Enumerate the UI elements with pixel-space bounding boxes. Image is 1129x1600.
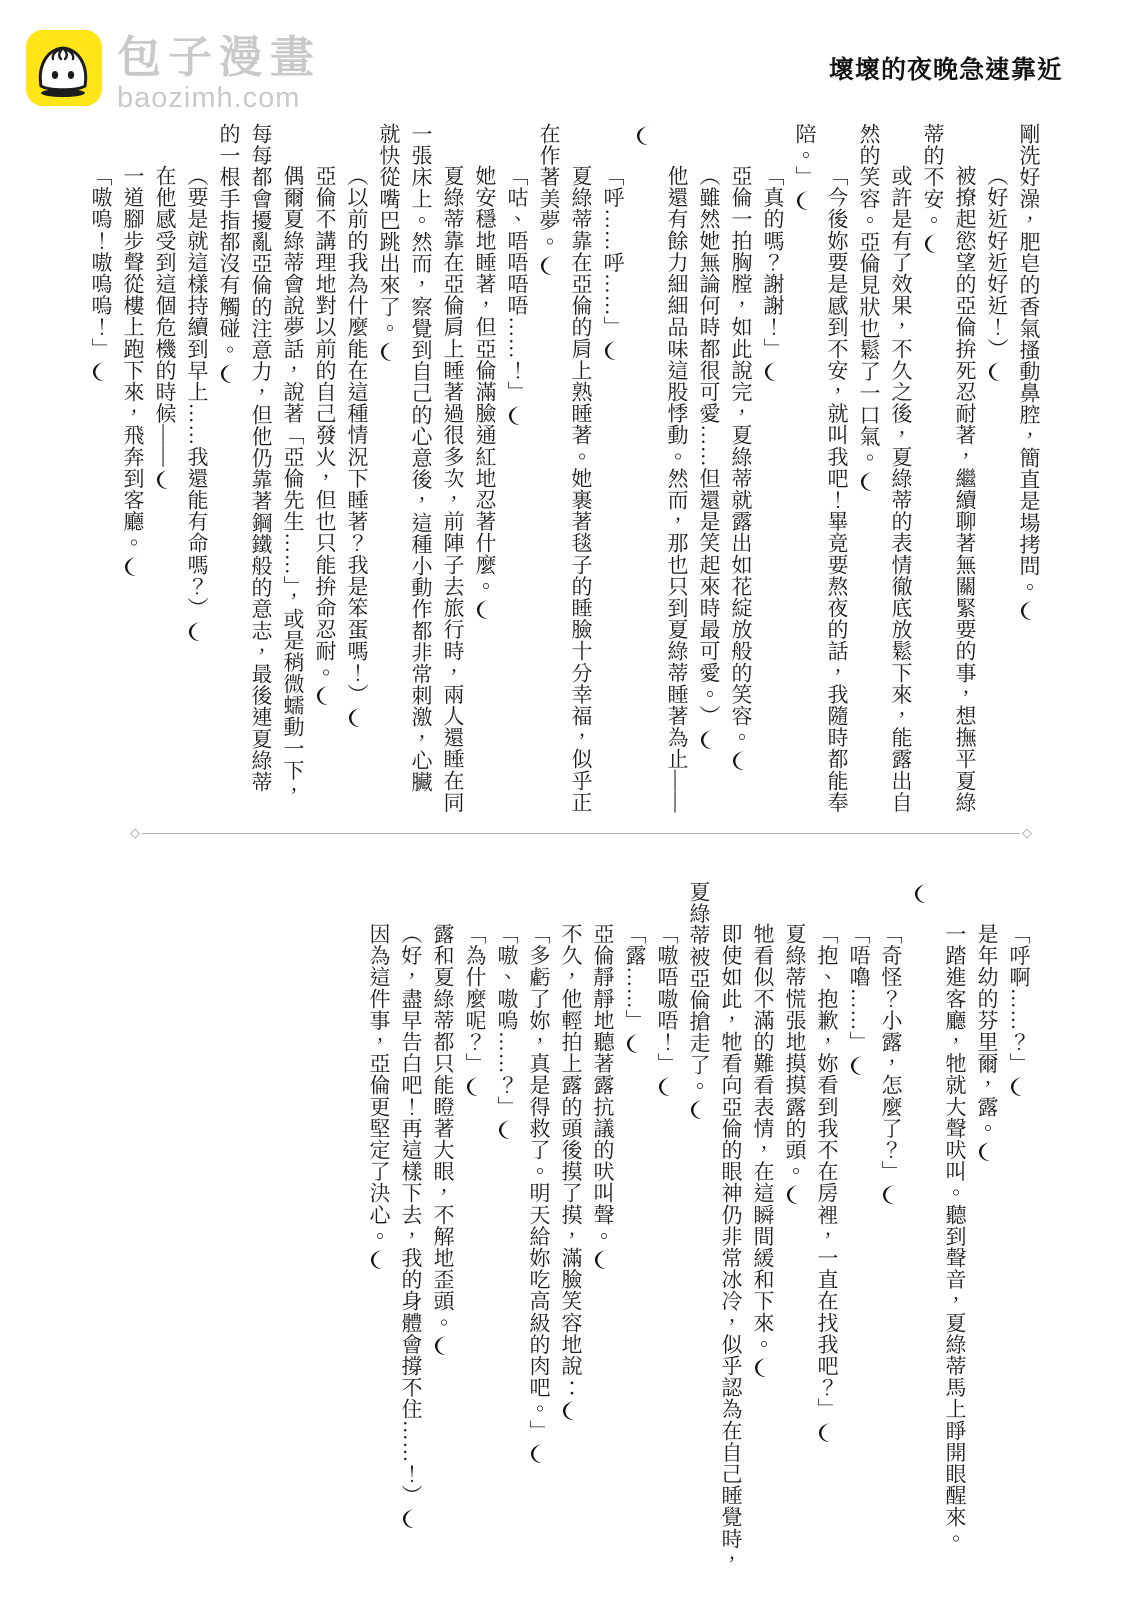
crescent-moon-icon xyxy=(751,1355,771,1377)
crescent-moon-icon xyxy=(697,727,717,749)
crescent-moon-icon xyxy=(815,1420,835,1442)
divider-diamond-left-icon: ◇ xyxy=(130,827,140,840)
novel-paragraph: 不久，他輕拍上露的頭後摸了摸，滿臉笑容地說： xyxy=(555,881,587,1571)
paragraph-text: 他還有餘力細細品味這股悸動。然而，那也只到夏綠蒂睡著為止—— xyxy=(665,165,689,813)
paragraph-text: （要是就這樣持續到早上……我還能有命嗎？） xyxy=(185,165,209,619)
paragraph-text: （雖然她無論何時都很可愛……但還是笑起來時最可愛。） xyxy=(697,165,721,727)
paragraph-text: 牠看似不滿的難看表情，在這瞬間緩和下來。 xyxy=(751,923,775,1355)
crescent-moon-icon xyxy=(537,253,557,275)
novel-paragraph: 露和夏綠蒂都只能瞪著大眼，不解地歪頭。 xyxy=(427,881,459,1571)
crescent-moon-icon xyxy=(217,361,237,383)
crescent-moon-icon xyxy=(985,359,1005,381)
paragraph-text: 在他感受到這個危機的時候—— xyxy=(153,165,177,467)
novel-paragraph: （以前的我為什麼能在這種情況下睡著？我是笨蛋嗎！） xyxy=(341,123,373,813)
crescent-moon-icon xyxy=(1007,1074,1027,1096)
novel-paragraph: 「嗷嗚！嗷嗚嗚！」 xyxy=(85,123,117,813)
paragraph-text: 被撩起慾望的亞倫拚死忍耐著，繼續聊著無關緊要的事，想撫平夏綠蒂的不安。 xyxy=(921,123,977,813)
crescent-moon-icon xyxy=(367,1247,387,1269)
novel-paragraph: 「呼……呼……」 xyxy=(597,123,629,813)
paragraph-text: 「今後妳要是感到不安，就叫我吧！畢竟要熬夜的話，我隨時都能奉陪。」 xyxy=(793,123,849,813)
novel-paragraph: 「抱、抱歉，妳看到我不在房裡，一直在找我吧？」 xyxy=(811,881,843,1571)
paragraph-text: 「嗷嗚！嗷嗚嗚！」 xyxy=(89,165,113,359)
divider-line xyxy=(142,833,1020,834)
novel-paragraph: 偶爾夏綠蒂會說夢話，說著「亞倫先生……」，或是稍微蠕動一下，每每都會擾亂亞倫的注… xyxy=(213,123,309,813)
baozi-mascot-icon xyxy=(25,28,103,108)
novel-paragraph: 亞倫不講理地對以前的自己發火，但也只能拚命忍耐。 xyxy=(309,123,341,813)
crescent-moon-icon xyxy=(185,619,205,641)
paragraph-text: 「唔嚕……」 xyxy=(847,923,871,1053)
novel-text-top: 剛洗好澡，肥皂的香氣搔動鼻腔，簡直是場拷問。 （好近好近好近！） 被撩起慾望的亞… xyxy=(85,123,1045,813)
novel-paragraph: 「嗷、嗷嗚……？」 xyxy=(491,881,523,1571)
novel-paragraph: 「露……」 xyxy=(619,881,651,1571)
novel-paragraph: （雖然她無論何時都很可愛……但還是笑起來時最可愛。） xyxy=(693,123,725,813)
crescent-moon-icon xyxy=(559,1398,579,1420)
novel-paragraph: 被撩起慾望的亞倫拚死忍耐著，繼續聊著無關緊要的事，想撫平夏綠蒂的不安。 xyxy=(917,123,981,813)
crescent-moon-icon xyxy=(527,1441,547,1463)
novel-paragraph: （要是就這樣持續到早上……我還能有命嗎？） xyxy=(181,123,213,813)
novel-paragraph: 「真的嗎？謝謝！」 xyxy=(757,123,789,813)
novel-paragraph: 牠看似不滿的難看表情，在這瞬間緩和下來。 xyxy=(747,881,779,1571)
crescent-moon-icon xyxy=(655,1074,675,1096)
crescent-moon-icon xyxy=(633,123,653,145)
paragraph-text: 偶爾夏綠蒂會說夢話，說著「亞倫先生……」，或是稍微蠕動一下，每每都會擾亂亞倫的注… xyxy=(217,123,305,803)
crescent-moon-icon xyxy=(121,554,141,576)
paragraph-text: 夏綠蒂靠在亞倫肩上睡著過很多次，前陣子去旅行時，兩人還睡在同一張床上。然而，察覺… xyxy=(377,123,465,813)
paragraph-text: 夏綠蒂慌張地摸摸露的頭。 xyxy=(783,923,807,1182)
paragraph-text: 亞倫不講理地對以前的自己發火，但也只能拚命忍耐。 xyxy=(313,165,337,683)
logo-title: 包子漫畫 xyxy=(117,36,321,80)
novel-paragraph: 「多虧了妳，真是得救了。明天給妳吃高級的肉吧。」 xyxy=(523,881,555,1571)
paragraph-text: 即使如此，牠看向亞倫的眼神仍非常冰冷，似乎認為在自己睡覺時，夏綠蒂被亞倫搶走了。 xyxy=(687,881,743,1571)
paragraph-text: （以前的我為什麼能在這種情況下睡著？我是笨蛋嗎！） xyxy=(345,165,369,705)
novel-paragraph: 亞倫靜靜地聽著露抗議的吠叫聲。 xyxy=(587,881,619,1571)
crescent-moon-icon xyxy=(377,339,397,361)
novel-paragraph: 她安穩地睡著，但亞倫滿臉通紅地忍著什麼。 xyxy=(469,123,501,813)
paragraph-text: 「嗷、嗷嗚……？」 xyxy=(495,923,519,1117)
paragraph-text: 「奇怪？小露，怎麼了？」 xyxy=(879,923,903,1182)
crescent-moon-icon xyxy=(345,705,365,727)
paragraph-text: 是年幼的芬里爾，露。 xyxy=(975,923,999,1139)
paragraph-text: 她安穩地睡著，但亞倫滿臉通紅地忍著什麼。 xyxy=(473,165,497,597)
paragraph-text: （好近好近好近！） xyxy=(985,165,1009,359)
novel-paragraph: 「嗷唔嗷唔！」 xyxy=(651,881,683,1571)
novel-paragraph: 亞倫一拍胸膛，如此說完，夏綠蒂就露出如花綻放般的笑容。 xyxy=(725,123,757,813)
paragraph-text: 「為什麼呢？」 xyxy=(463,923,487,1074)
novel-paragraph: 夏綠蒂慌張地摸摸露的頭。 xyxy=(779,881,811,1571)
novel-paragraph: 「唔嚕……」 xyxy=(843,881,875,1571)
divider-diamond-right-icon: ◇ xyxy=(1022,827,1032,840)
crescent-moon-icon xyxy=(153,467,173,489)
crescent-moon-icon xyxy=(687,1097,707,1119)
logo-domain: baozimh.com xyxy=(117,84,321,113)
novel-paragraph: 是年幼的芬里爾，露。 xyxy=(971,881,1003,1571)
novel-paragraph: 他還有餘力細細品味這股悸動。然而，那也只到夏綠蒂睡著為止—— xyxy=(629,123,693,813)
novel-paragraph: 因為這件事，亞倫更堅定了決心。 xyxy=(363,881,395,1571)
paragraph-text: 「露……」 xyxy=(623,923,647,1031)
paragraph-text: 「嗷唔嗷唔！」 xyxy=(655,923,679,1074)
crescent-moon-icon xyxy=(89,359,109,381)
paragraph-text: 「多虧了妳，真是得救了。明天給妳吃高級的肉吧。」 xyxy=(527,923,551,1441)
logo-words: 包子漫畫 baozimh.com xyxy=(117,28,321,113)
crescent-moon-icon xyxy=(1017,598,1037,620)
crescent-moon-icon xyxy=(761,359,781,381)
crescent-moon-icon xyxy=(505,403,525,425)
paragraph-text: 因為這件事，亞倫更堅定了決心。 xyxy=(367,923,391,1247)
novel-paragraph: 「奇怪？小露，怎麼了？」 xyxy=(875,881,907,1571)
paragraph-text: 亞倫靜靜地聽著露抗議的吠叫聲。 xyxy=(591,923,615,1247)
chapter-title: 壞壞的夜晚急速靠近 xyxy=(829,50,1063,86)
crescent-moon-icon xyxy=(623,1031,643,1053)
crescent-moon-icon xyxy=(847,1053,867,1075)
paragraph-text: 夏綠蒂靠在亞倫的肩上熟睡著。她裹著毯子的睡臉十分幸福，似乎正在作著美夢。 xyxy=(537,123,593,813)
paragraph-text: 「呼啊……？」 xyxy=(1007,923,1031,1074)
novel-paragraph: （好近好近好近！） xyxy=(981,123,1013,813)
crescent-moon-icon xyxy=(473,597,493,619)
novel-paragraph: 「為什麼呢？」 xyxy=(459,881,491,1571)
paragraph-text: 「呼……呼……」 xyxy=(601,165,625,338)
crescent-moon-icon xyxy=(591,1247,611,1269)
novel-paragraph: 「今後妳要是感到不安，就叫我吧！畢竟要熬夜的話，我隨時都能奉陪。」 xyxy=(789,123,853,813)
novel-paragraph: 「咕、唔唔唔唔……！」 xyxy=(501,123,533,813)
section-divider: ◇ ◇ xyxy=(130,826,1032,840)
novel-paragraph: 一踏進客廳，牠就大聲吠叫。聽到聲音，夏綠蒂馬上睜開眼醒來。 xyxy=(907,881,971,1571)
novel-paragraph: 剛洗好澡，肥皂的香氣搔動鼻腔，簡直是場拷問。 xyxy=(1013,123,1045,813)
crescent-moon-icon xyxy=(857,469,877,491)
site-logo[interactable]: 包子漫畫 baozimh.com xyxy=(25,28,321,113)
crescent-moon-icon xyxy=(601,338,621,360)
paragraph-text: 「抱、抱歉，妳看到我不在房裡，一直在找我吧？」 xyxy=(815,923,839,1420)
paragraph-text: 「咕、唔唔唔唔……！」 xyxy=(505,165,529,403)
paragraph-text: （好，盡早告白吧！再這樣下去，我的身體會撐不住……！） xyxy=(399,923,423,1506)
novel-paragraph: （好，盡早告白吧！再這樣下去，我的身體會撐不住……！） xyxy=(395,881,427,1571)
paragraph-text: 剛洗好澡，肥皂的香氣搔動鼻腔，簡直是場拷問。 xyxy=(1017,123,1041,598)
crescent-moon-icon xyxy=(399,1506,419,1528)
novel-paragraph: 一道腳步聲從樓上跑下來，飛奔到客廳。 xyxy=(117,123,149,813)
novel-paragraph: 即使如此，牠看向亞倫的眼神仍非常冰冷，似乎認為在自己睡覺時，夏綠蒂被亞倫搶走了。 xyxy=(683,881,747,1571)
crescent-moon-icon xyxy=(431,1333,451,1355)
paragraph-text: 露和夏綠蒂都只能瞪著大眼，不解地歪頭。 xyxy=(431,923,455,1333)
crescent-moon-icon xyxy=(783,1182,803,1204)
novel-text-bottom: 「呼啊……？」 是年幼的芬里爾，露。 一踏進客廳，牠就大聲吠叫。聽到聲音，夏綠蒂… xyxy=(363,881,1035,1571)
crescent-moon-icon xyxy=(495,1117,515,1139)
novel-paragraph: 夏綠蒂靠在亞倫的肩上熟睡著。她裹著毯子的睡臉十分幸福，似乎正在作著美夢。 xyxy=(533,123,597,813)
paragraph-text: 亞倫一拍胸膛，如此說完，夏綠蒂就露出如花綻放般的笑容。 xyxy=(729,165,753,748)
paragraph-text: 不久，他輕拍上露的頭後摸了摸，滿臉笑容地說： xyxy=(559,923,583,1398)
paragraph-text: 「真的嗎？謝謝！」 xyxy=(761,165,785,359)
crescent-moon-icon xyxy=(313,683,333,705)
crescent-moon-icon xyxy=(921,231,941,253)
crescent-moon-icon xyxy=(463,1074,483,1096)
novel-paragraph: 或許是有了效果，不久之後，夏綠蒂的表情徹底放鬆下來，能露出自然的笑容。亞倫見狀也… xyxy=(853,123,917,813)
novel-paragraph: 在他感受到這個危機的時候—— xyxy=(149,123,181,813)
paragraph-text: 一道腳步聲從樓上跑下來，飛奔到客廳。 xyxy=(121,165,145,554)
crescent-moon-icon xyxy=(879,1182,899,1204)
crescent-moon-icon xyxy=(793,188,813,210)
crescent-moon-icon xyxy=(911,881,931,903)
novel-paragraph: 夏綠蒂靠在亞倫肩上睡著過很多次，前陣子去旅行時，兩人還睡在同一張床上。然而，察覺… xyxy=(373,123,469,813)
crescent-moon-icon xyxy=(729,748,749,770)
paragraph-text: 一踏進客廳，牠就大聲吠叫。聽到聲音，夏綠蒂馬上睜開眼醒來。 xyxy=(943,923,967,1549)
novel-paragraph: 「呼啊……？」 xyxy=(1003,881,1035,1571)
crescent-moon-icon xyxy=(975,1139,995,1161)
